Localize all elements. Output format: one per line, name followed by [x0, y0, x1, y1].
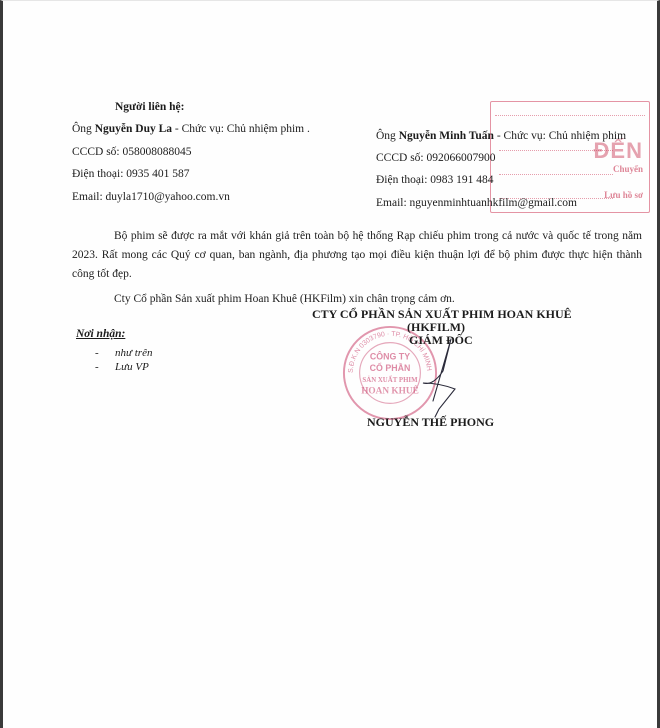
right-contact-email-value: nguyenminhtuanhkfilm@gmail.com — [410, 197, 577, 209]
signature-name: NGUYỄN THẾ PHONG — [367, 415, 494, 430]
left-contact-phone-value: 0935 401 587 — [126, 168, 189, 180]
left-contact-email-line: Email: duyla1710@yahoo.com.vn — [72, 190, 230, 204]
received-stamp-label: Chuyển — [613, 164, 643, 174]
right-contact-phone-line: Điện thoại: 0983 191 484 — [376, 173, 494, 187]
left-contact-id-value: 058008088045 — [123, 146, 192, 158]
right-contact-id-label: CCCD số: — [376, 152, 427, 164]
contacts-title: Người liên hệ: — [115, 101, 185, 113]
stamp-line — [499, 174, 613, 175]
left-contact-phone-line: Điện thoại: 0935 401 587 — [72, 167, 190, 181]
thanks-line: Cty Cổ phần Sản xuất phim Hoan Khuê (HKF… — [114, 292, 455, 306]
right-contact-phone-value: 0983 191 484 — [430, 174, 493, 186]
recipient-dash: - — [95, 347, 115, 359]
recipients-title: Nơi nhận: — [76, 328, 125, 340]
left-contact-phone-label: Điện thoại: — [72, 168, 126, 180]
right-contact-name: Nguyễn Minh Tuấn — [399, 130, 494, 142]
recipient-label: như trên — [115, 347, 152, 359]
left-contact-name-line: Ông Nguyễn Duy La - Chức vụ: Chủ nhiệm p… — [72, 122, 310, 136]
right-contact-email-line: Email: nguyenminhtuanhkfilm@gmail.com — [376, 196, 577, 210]
left-contact-email-value: duyla1710@yahoo.com.vn — [106, 191, 230, 203]
right-contact-role: - Chức vụ: Chủ nhiệm phim — [494, 130, 626, 142]
right-contact-id-value: 092066007900 — [427, 152, 496, 164]
left-contact-role: - Chức vụ: Chủ nhiệm phim . — [172, 123, 310, 135]
recipient-item: -như trên — [95, 347, 152, 359]
stamp-line — [499, 150, 613, 151]
received-stamp-header — [495, 105, 645, 116]
left-contact-prefix: Ông — [72, 123, 95, 135]
body-paragraph: Bộ phim sẽ được ra mắt với khán giả trên… — [72, 227, 642, 284]
right-contact-name-line: Ông Nguyễn Minh Tuấn - Chức vụ: Chủ nhiệ… — [376, 129, 626, 143]
body-paragraph-text: Bộ phim sẽ được ra mắt với khán giả trên… — [72, 230, 642, 280]
document-page: Người liên hệ: Ông Nguyễn Duy La - Chức … — [0, 0, 660, 728]
left-contact-id-label: CCCD số: — [72, 146, 123, 158]
left-contact-name: Nguyễn Duy La — [95, 123, 172, 135]
recipient-item: -Lưu VP — [95, 361, 149, 373]
recipient-dash: - — [95, 361, 115, 373]
left-contact-email-label: Email: — [72, 191, 106, 203]
right-contact-prefix: Ông — [376, 130, 399, 142]
left-contact-id-line: CCCD số: 058008088045 — [72, 145, 192, 159]
received-stamp-label: Lưu hồ sơ — [604, 190, 643, 200]
handwritten-signature-icon — [403, 331, 483, 421]
recipient-label: Lưu VP — [115, 361, 149, 373]
right-contact-email-label: Email: — [376, 197, 410, 209]
right-contact-id-line: CCCD số: 092066007900 — [376, 151, 496, 165]
right-contact-phone-label: Điện thoại: — [376, 174, 430, 186]
